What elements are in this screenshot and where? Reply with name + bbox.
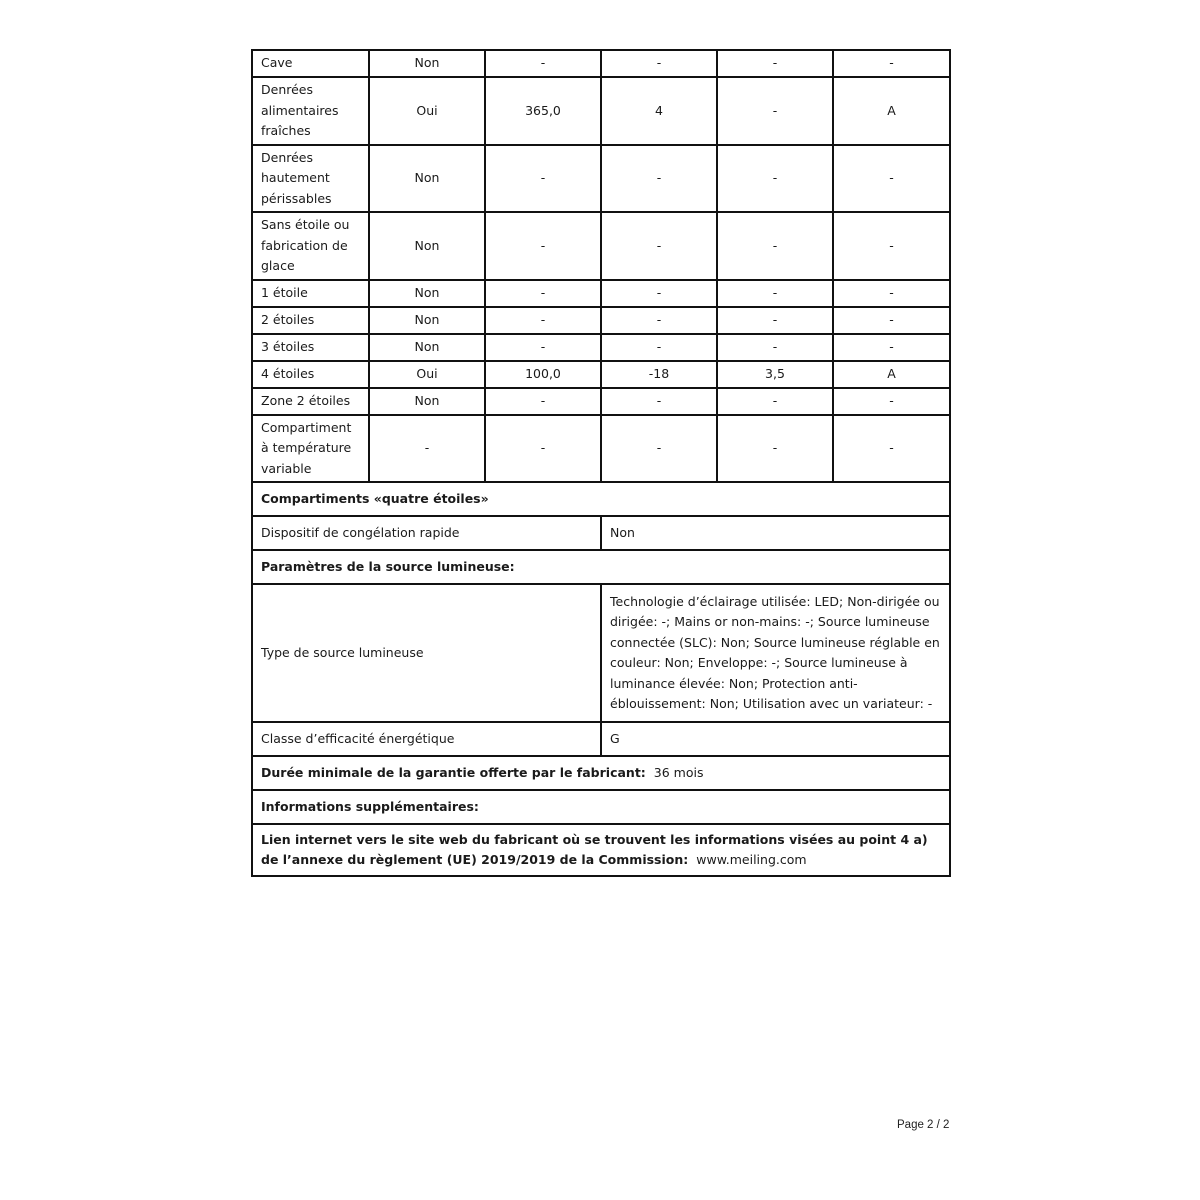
compartment-volume: - [485,280,601,307]
compartment-climate-class: - [833,50,950,77]
compartment-climate-class: - [833,280,950,307]
compartment-climate-class: - [833,388,950,415]
compartment-row: Denrées hautement périssablesNon---- [252,145,950,213]
warranty-cell: Durée minimale de la garantie offerte pa… [252,756,950,790]
compartment-temperature: - [601,212,717,280]
compartment-rows: CaveNon----Denrées alimentaires fraîches… [252,50,950,482]
compartment-volume: - [485,307,601,334]
fast-freeze-value: Non [601,516,950,550]
compartment-name: Sans étoile ou fabrication de glace [252,212,369,280]
compartment-climate-class: A [833,77,950,145]
compartment-present: Non [369,307,485,334]
compartment-capacity: - [717,415,833,483]
compartment-temperature: - [601,415,717,483]
compartment-volume: 100,0 [485,361,601,388]
compartment-name: Compartiment à température variable [252,415,369,483]
compartment-volume: - [485,388,601,415]
additional-info-row: Informations supplémentaires: [252,790,950,824]
compartment-name: 3 étoiles [252,334,369,361]
energy-efficiency-label: Classe d’efficacité énergétique [252,722,601,756]
compartment-capacity: - [717,77,833,145]
compartment-row: 3 étoilesNon---- [252,334,950,361]
compartment-volume: - [485,145,601,213]
compartment-name: 2 étoiles [252,307,369,334]
details-table: Compartiments «quatre étoiles» Dispositi… [251,481,951,877]
compartment-climate-class: - [833,307,950,334]
light-source-type-row: Type de source lumineuse Technologie d’é… [252,584,950,722]
compartment-row: 1 étoileNon---- [252,280,950,307]
compartment-temperature: 4 [601,77,717,145]
compartment-climate-class: A [833,361,950,388]
compartment-temperature: - [601,307,717,334]
four-star-heading: Compartiments «quatre étoiles» [252,482,950,516]
energy-efficiency-value: G [601,722,950,756]
compartment-row: 4 étoilesOui100,0-183,5A [252,361,950,388]
page-number: Page 2 / 2 [897,1119,949,1131]
compartment-name: 4 étoiles [252,361,369,388]
compartment-row: Compartiment à température variable----- [252,415,950,483]
warranty-value: 36 mois [654,765,704,780]
compartment-temperature: - [601,334,717,361]
website-cell: Lien internet vers le site web du fabric… [252,824,950,876]
compartment-volume: - [485,212,601,280]
compartment-table: CaveNon----Denrées alimentaires fraîches… [251,49,951,483]
fast-freeze-label: Dispositif de congélation rapide [252,516,601,550]
compartment-row: CaveNon---- [252,50,950,77]
product-information-sheet: CaveNon----Denrées alimentaires fraîches… [251,49,949,877]
compartment-present: Oui [369,361,485,388]
compartment-present: Non [369,145,485,213]
fast-freeze-row: Dispositif de congélation rapide Non [252,516,950,550]
website-link[interactable]: www.meiling.com [696,852,806,867]
compartment-temperature: -18 [601,361,717,388]
compartment-capacity: - [717,334,833,361]
compartment-volume: - [485,415,601,483]
compartment-capacity: - [717,50,833,77]
additional-info-label: Informations supplémentaires: [252,790,950,824]
compartment-name: Denrées hautement périssables [252,145,369,213]
compartment-present: - [369,415,485,483]
compartment-present: Non [369,212,485,280]
compartment-present: Non [369,50,485,77]
compartment-climate-class: - [833,415,950,483]
compartment-temperature: - [601,280,717,307]
compartment-capacity: - [717,280,833,307]
compartment-volume: 365,0 [485,77,601,145]
light-source-heading: Paramètres de la source lumineuse: [252,550,950,584]
compartment-volume: - [485,50,601,77]
warranty-label: Durée minimale de la garantie offerte pa… [261,765,646,780]
light-source-type-label: Type de source lumineuse [252,584,601,722]
compartment-present: Non [369,280,485,307]
compartment-climate-class: - [833,334,950,361]
compartment-temperature: - [601,145,717,213]
compartment-capacity: - [717,388,833,415]
compartment-row: Sans étoile ou fabrication de glaceNon--… [252,212,950,280]
compartment-present: Non [369,388,485,415]
compartment-name: Cave [252,50,369,77]
four-star-heading-row: Compartiments «quatre étoiles» [252,482,950,516]
compartment-row: 2 étoilesNon---- [252,307,950,334]
compartment-name: Denrées alimentaires fraîches [252,77,369,145]
compartment-capacity: - [717,307,833,334]
compartment-row: Denrées alimentaires fraîchesOui365,04-A [252,77,950,145]
compartment-present: Oui [369,77,485,145]
compartment-present: Non [369,334,485,361]
compartment-name: 1 étoile [252,280,369,307]
light-source-type-value: Technologie d’éclairage utilisée: LED; N… [601,584,950,722]
website-label: Lien internet vers le site web du fabric… [261,832,928,868]
compartment-name: Zone 2 étoiles [252,388,369,415]
compartment-climate-class: - [833,212,950,280]
compartment-capacity: - [717,212,833,280]
energy-efficiency-row: Classe d’efficacité énergétique G [252,722,950,756]
warranty-row: Durée minimale de la garantie offerte pa… [252,756,950,790]
compartment-capacity: - [717,145,833,213]
compartment-temperature: - [601,388,717,415]
compartment-capacity: 3,5 [717,361,833,388]
compartment-climate-class: - [833,145,950,213]
compartment-row: Zone 2 étoilesNon---- [252,388,950,415]
compartment-volume: - [485,334,601,361]
compartment-temperature: - [601,50,717,77]
website-row: Lien internet vers le site web du fabric… [252,824,950,876]
light-source-heading-row: Paramètres de la source lumineuse: [252,550,950,584]
